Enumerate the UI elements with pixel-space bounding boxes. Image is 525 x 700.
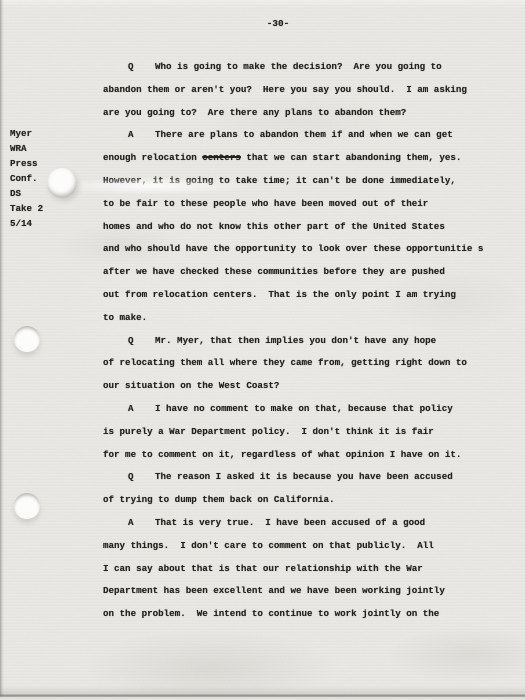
transcript-line: enough relocation centers that we can st…: [103, 147, 495, 170]
transcript-line: I can say about that is that our relatio…: [103, 558, 495, 581]
transcript-line: many things. I don't care to comment on …: [103, 535, 495, 558]
text-segment: The reason I asked it is because you hav…: [155, 471, 453, 482]
speaker-label: A: [128, 398, 155, 421]
transcript-line: AThere are plans to abandon them if and …: [103, 124, 495, 147]
transcript-line: for me to comment on it, regardless of w…: [103, 444, 495, 467]
text-segment: to make.: [103, 312, 147, 323]
scanned-document-page: -30- MyerWRAPressConf.DSTake 25/14 QWho …: [0, 0, 525, 700]
transcript-line: AI have no comment to make on that, beca…: [103, 398, 495, 421]
speaker-label: A: [128, 512, 155, 535]
transcript-body: QWho is going to make the decision? Are …: [103, 56, 495, 626]
speaker-label: Q: [128, 330, 155, 353]
transcript-line: abandon them or aren't you? Here you say…: [103, 79, 495, 102]
margin-note-line: Myer: [10, 126, 43, 141]
text-segment: are you going to? Are there any plans to…: [103, 107, 406, 118]
text-segment: after we have checked these communities …: [103, 266, 445, 277]
transcript-line: homes and who do not know this other par…: [103, 216, 495, 239]
transcript-line: and who should have the opportunity to l…: [103, 238, 495, 261]
transcript-line: after we have checked these communities …: [103, 261, 495, 284]
text-segment: That is very true. I have been accused o…: [155, 517, 425, 528]
transcript-line: of relocating them all where they came f…: [103, 352, 495, 375]
text-segment: I have no comment to make on that, becau…: [155, 403, 453, 414]
text-segment: many things. I don't care to comment on …: [103, 540, 434, 551]
paper-bottom-edge: [0, 686, 525, 700]
transcript-line: out from relocation centers. That is the…: [103, 284, 495, 307]
struck-word: centers: [202, 152, 241, 163]
transcript-paragraph: AThat is very true. I have been accused …: [103, 512, 495, 626]
text-segment: Mr. Myer, that then implies you don't ha…: [155, 335, 436, 346]
text-segment: our situation on the West Coast?: [103, 380, 279, 391]
transcript-line: is purely a War Department policy. I don…: [103, 421, 495, 444]
text-segment: and who should have the opportunity to l…: [103, 243, 483, 254]
text-segment: Who is going to make the decision? Are y…: [155, 61, 442, 72]
margin-annotation: MyerWRAPressConf.DSTake 25/14: [10, 126, 43, 231]
text-segment: of relocating them all where they came f…: [103, 357, 467, 368]
transcript-line: to make.: [103, 307, 495, 330]
text-segment: I can say about that is that our relatio…: [103, 563, 423, 574]
text-segment: However, it is going to take time; it ca…: [103, 175, 456, 186]
text-segment: on the problem. We intend to continue to…: [103, 608, 439, 619]
page-number: -30-: [0, 17, 525, 31]
margin-note-line: Press: [10, 156, 43, 171]
speaker-label: Q: [128, 56, 155, 79]
transcript-line: Department has been excellent and we hav…: [103, 580, 495, 603]
transcript-line: on the problem. We intend to continue to…: [103, 603, 495, 626]
margin-note-line: 5/14: [10, 216, 43, 231]
text-segment: There are plans to abandon them if and w…: [155, 129, 453, 140]
text-segment: for me to comment on it, regardless of w…: [103, 449, 461, 460]
margin-note-line: Conf.: [10, 171, 43, 186]
transcript-paragraph: QThe reason I asked it is because you ha…: [103, 466, 495, 512]
speaker-label: Q: [128, 466, 155, 489]
text-segment: Department has been excellent and we hav…: [103, 585, 445, 596]
text-segment: that we can start abandoning them, yes.: [241, 152, 462, 163]
transcript-paragraph: AThere are plans to abandon them if and …: [103, 124, 495, 329]
margin-note-line: Take 2: [10, 201, 43, 216]
transcript-line: QWho is going to make the decision? Are …: [103, 56, 495, 79]
transcript-line: of trying to dump them back on Californi…: [103, 489, 495, 512]
text-segment: to be fair to these people who have been…: [103, 198, 428, 209]
margin-note-line: DS: [10, 186, 43, 201]
transcript-paragraph: AI have no comment to make on that, beca…: [103, 398, 495, 466]
transcript-line: QThe reason I asked it is because you ha…: [103, 466, 495, 489]
transcript-line: However, it is going to take time; it ca…: [103, 170, 495, 193]
punch-hole: [47, 168, 77, 198]
paper-left-edge: [0, 0, 4, 700]
text-segment: out from relocation centers. That is the…: [103, 289, 456, 300]
text-segment: abandon them or aren't you? Here you say…: [103, 84, 467, 95]
text-segment: is purely a War Department policy. I don…: [103, 426, 434, 437]
transcript-line: to be fair to these people who have been…: [103, 193, 495, 216]
transcript-line: AThat is very true. I have been accused …: [103, 512, 495, 535]
speaker-label: A: [128, 124, 155, 147]
transcript-paragraph: QWho is going to make the decision? Are …: [103, 56, 495, 124]
punch-hole: [14, 493, 40, 519]
margin-note-line: WRA: [10, 141, 43, 156]
text-segment: enough relocation: [103, 152, 202, 163]
transcript-line: are you going to? Are there any plans to…: [103, 102, 495, 125]
punch-hole: [14, 326, 40, 352]
transcript-line: our situation on the West Coast?: [103, 375, 495, 398]
paper-top-edge: [0, 0, 525, 8]
transcript-line: QMr. Myer, that then implies you don't h…: [103, 330, 495, 353]
text-segment: homes and who do not know this other par…: [103, 221, 445, 232]
text-segment: of trying to dump them back on Californi…: [103, 494, 335, 505]
transcript-paragraph: QMr. Myer, that then implies you don't h…: [103, 330, 495, 398]
